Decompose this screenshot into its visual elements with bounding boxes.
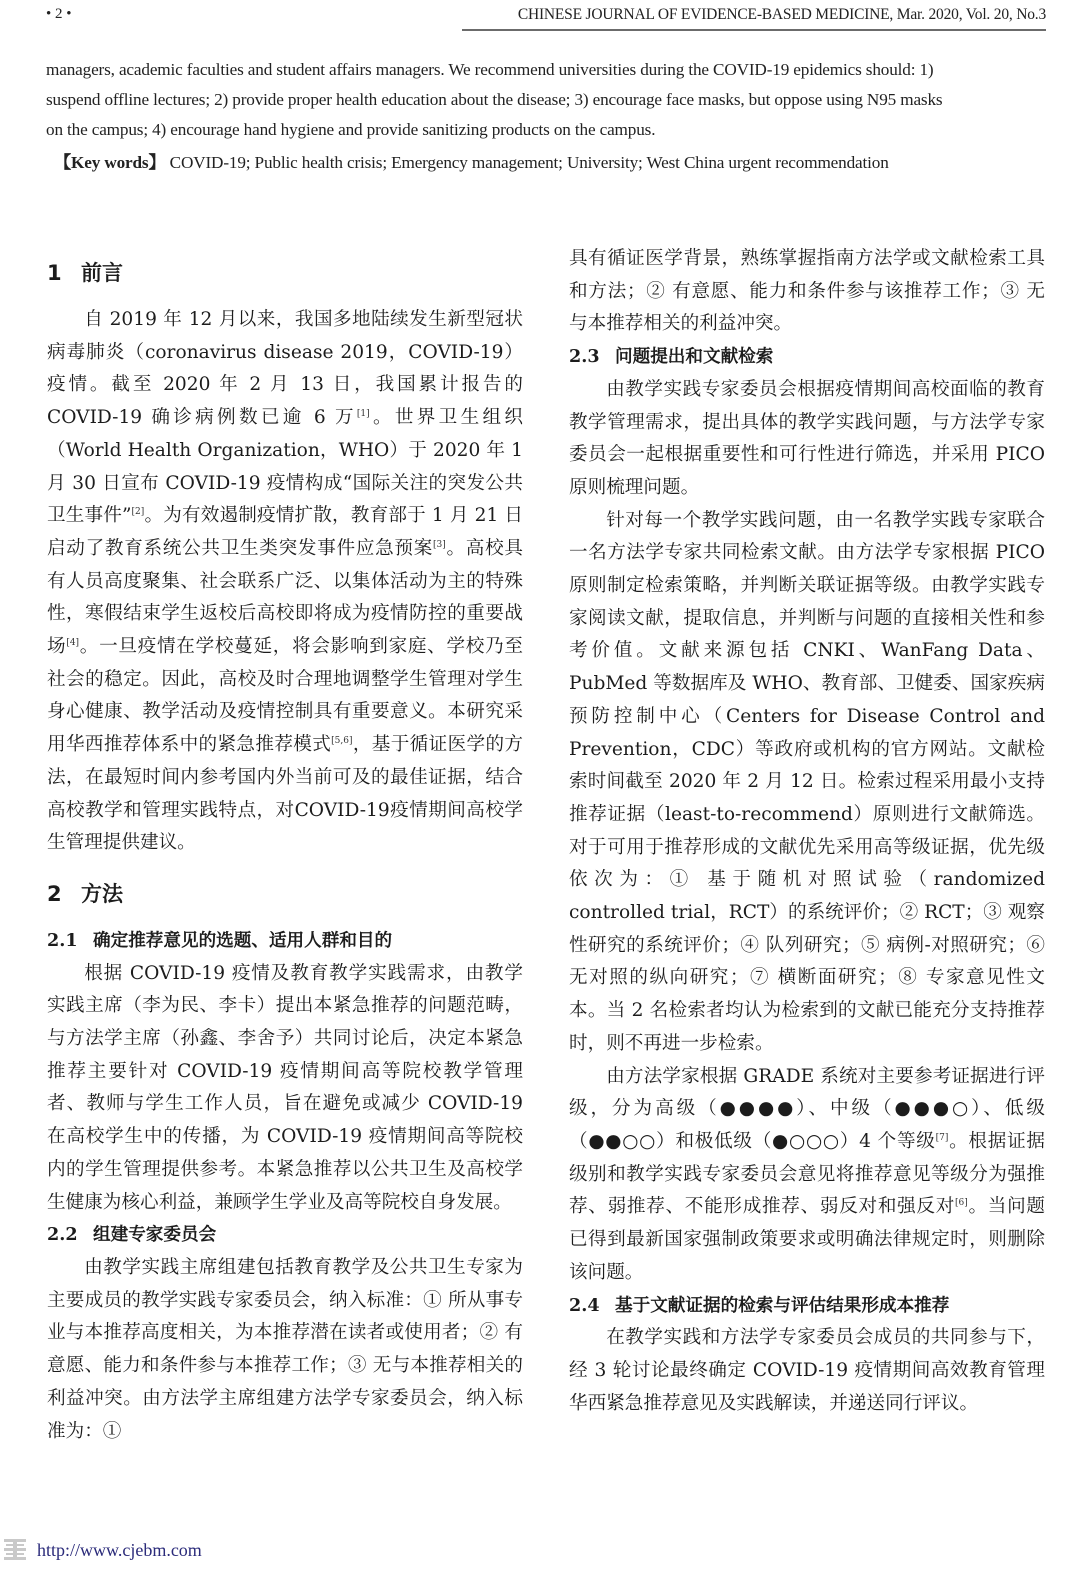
section-2-2-heading: 2.2组建专家委员会 bbox=[47, 1219, 523, 1252]
citation-link[interactable]: [1] bbox=[357, 409, 370, 419]
section-2-1-paragraph: 根据 COVID-19 疫情及教育教学实践需求，由教学实践主席（李为民、李卡）提… bbox=[47, 958, 523, 1220]
section-2-4-heading: 2.4基于文献证据的检索与评估结果形成本推荐 bbox=[569, 1290, 1045, 1323]
section-2-4-paragraph: 在教学实践和方法学专家委员会成员的共同参与下，经 3 轮讨论最终确定 COVID… bbox=[569, 1322, 1045, 1420]
citation-link[interactable]: [4] bbox=[66, 638, 79, 648]
section-title: 组建专家委员会 bbox=[93, 1225, 216, 1245]
left-column: 1前言 自 2019 年 12 月以来，我国多地陆续发生新型冠状病毒肺炎（cor… bbox=[47, 243, 523, 1448]
keywords-label: 【Key words】 bbox=[54, 153, 166, 172]
right-column: 具有循证医学背景，熟练掌握指南方法学或文献检索工具和方法；② 有意愿、能力和条件… bbox=[569, 243, 1045, 1420]
abstract-text: managers, academic faculties and student… bbox=[46, 55, 958, 145]
intro-paragraph: 自 2019 年 12 月以来，我国多地陆续发生新型冠状病毒肺炎（coronav… bbox=[47, 304, 523, 860]
section-number: 1 bbox=[47, 253, 81, 293]
section-2-3-paragraph-1: 由教学实践专家委员会根据疫情期间高校面临的教育教学管理需求，提出具体的教学实践问… bbox=[569, 374, 1045, 505]
section-2-2-paragraph-continued: 具有循证医学背景，熟练掌握指南方法学或文献检索工具和方法；② 有意愿、能力和条件… bbox=[569, 243, 1045, 341]
keywords-text: COVID-19; Public health crisis; Emergenc… bbox=[166, 153, 889, 172]
section-2-3-paragraph-2: 针对每一个教学实践问题，由一名教学实践专家联合一名方法学专家共同检索文献。由方法… bbox=[569, 505, 1045, 1061]
section-2-3-heading: 2.3问题提出和文献检索 bbox=[569, 341, 1045, 374]
section-number: 2.1 bbox=[47, 925, 93, 958]
section-number: 2.3 bbox=[569, 341, 615, 374]
section-2-3-paragraph-3: 由方法学家根据 GRADE 系统对主要参考证据进行评级，分为高级（●●●●）、中… bbox=[569, 1061, 1045, 1290]
journal-logo-icon bbox=[2, 1537, 28, 1563]
running-head: CHINESE JOURNAL OF EVIDENCE-BASED MEDICI… bbox=[462, 6, 1046, 24]
section-1-heading: 1前言 bbox=[47, 253, 523, 293]
section-title: 方法 bbox=[81, 882, 123, 906]
abstract-continuation: managers, academic faculties and student… bbox=[46, 55, 958, 178]
citation-link[interactable]: [6] bbox=[955, 1198, 968, 1208]
section-title: 确定推荐意见的选题、适用人群和目的 bbox=[93, 931, 392, 951]
page-number: • 2 • bbox=[46, 6, 72, 23]
citation-link[interactable]: [2] bbox=[132, 507, 145, 517]
section-2-2-paragraph: 由教学实践主席组建包括教育教学及公共卫生专家为主要成员的教学实践专家委员会，纳入… bbox=[47, 1252, 523, 1448]
section-2-heading: 2方法 bbox=[47, 874, 523, 914]
journal-url-link[interactable]: http://www.cjebm.com bbox=[37, 1540, 202, 1561]
citation-link[interactable]: [7] bbox=[936, 1133, 949, 1143]
section-title: 基于文献证据的检索与评估结果形成本推荐 bbox=[615, 1296, 949, 1316]
section-2-1-heading: 2.1确定推荐意见的选题、适用人群和目的 bbox=[47, 925, 523, 958]
keywords-paragraph: 【Key words】 COVID-19; Public health cris… bbox=[46, 148, 958, 178]
citation-link[interactable]: [3] bbox=[433, 540, 446, 550]
section-number: 2.4 bbox=[569, 1290, 615, 1323]
section-number: 2 bbox=[47, 874, 81, 914]
citation-link[interactable]: [5,6] bbox=[331, 736, 352, 746]
section-title: 问题提出和文献检索 bbox=[615, 347, 773, 367]
header-rule bbox=[462, 29, 1046, 31]
section-number: 2.2 bbox=[47, 1219, 93, 1252]
section-title: 前言 bbox=[81, 261, 123, 285]
